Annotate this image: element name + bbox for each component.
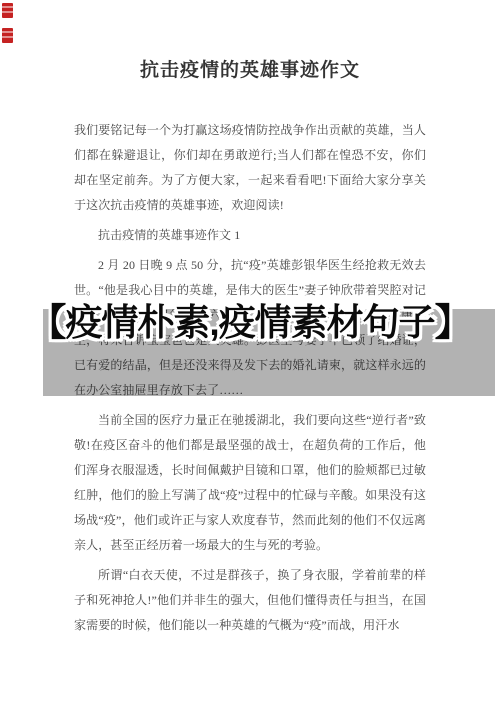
paragraph-angels: 所谓“白衣天使，不过是群孩子，换了身衣服，学着前辈的样子和死神抢人!”他们并非生… [74,563,426,638]
paragraph-tribute: 当前全国的医疗力量正在驰援湖北，我们要向这些“逆行者”致敬!在疫区奋斗的他们都是… [74,408,426,558]
paragraph-story: 2 月 20 日晚 9 点 50 分，抗“疫”英雄彭银华医生经抢救无效去世。“他… [74,253,426,403]
document-body: 抗击疫情的英雄事迹作文 我们要铭记每一个为打赢这场疫情防控战争作出贡献的英雄，当… [0,0,500,638]
section-subtitle: 抗击疫情的英雄事迹作文 1 [74,223,426,248]
text-column: 我们要铭记每一个为打赢这场疫情防控战争作出贡献的英雄，当人们都在躲避退让，你们却… [74,118,426,638]
paragraph-intro: 我们要铭记每一个为打赢这场疫情防控战争作出贡献的英雄，当人们都在躲避退让，你们却… [74,118,426,218]
document-title: 抗击疫情的英雄事迹作文 [74,56,426,86]
red-stamp-icon [2,3,13,18]
document-page: 抗击疫情的英雄事迹作文 我们要铭记每一个为打赢这场疫情防控战争作出贡献的英雄，当… [0,0,500,706]
red-stamp-icon [2,28,13,43]
